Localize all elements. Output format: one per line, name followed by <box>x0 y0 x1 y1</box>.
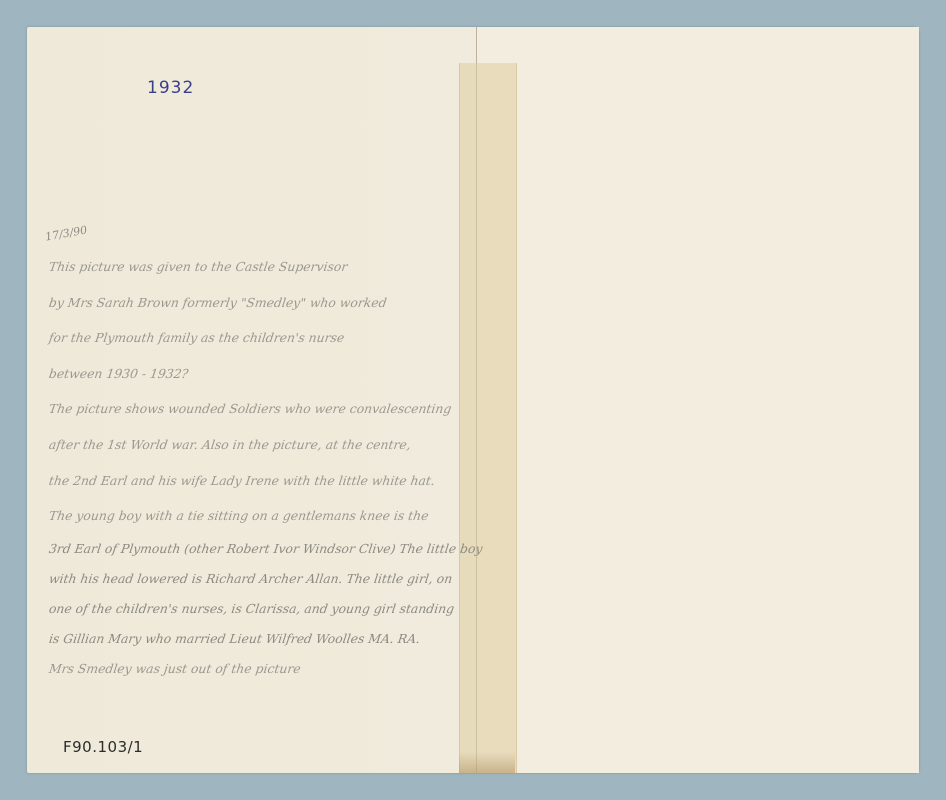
note-line: Mrs Smedley was just out of the picture <box>47 654 471 684</box>
note-line: between 1930 - 1932? <box>46 356 471 392</box>
note-line: 3rd Earl of Plymouth (other Robert Ivor … <box>47 534 471 564</box>
note-line: This picture was given to the Castle Sup… <box>46 249 471 285</box>
handwritten-notes: This picture was given to the Castle Sup… <box>49 249 469 684</box>
note-line: the 2nd Earl and his wife Lady Irene wit… <box>46 463 471 499</box>
tape-stain <box>459 752 515 773</box>
note-line: by Mrs Sarah Brown formerly "Smedley" wh… <box>46 285 471 321</box>
note-line: for the Plymouth family as the children'… <box>46 320 471 356</box>
date-annotation: 17/3/90 <box>44 223 88 243</box>
right-page <box>476 27 919 773</box>
note-line: after the 1st World war. Also in the pic… <box>46 427 471 463</box>
note-line: The picture shows wounded Soldiers who w… <box>46 391 471 427</box>
note-line: is Gillian Mary who married Lieut Wilfre… <box>47 624 471 654</box>
note-line: one of the children's nurses, is Clariss… <box>47 594 471 624</box>
reference-number: F90.103/1 <box>63 738 143 756</box>
document-sheet: 1932 17/3/90 This picture was given to t… <box>27 27 919 773</box>
year-annotation: 1932 <box>147 78 194 98</box>
note-line: The young boy with a tie sitting on a ge… <box>46 498 471 534</box>
note-line: with his head lowered is Richard Archer … <box>47 564 471 594</box>
